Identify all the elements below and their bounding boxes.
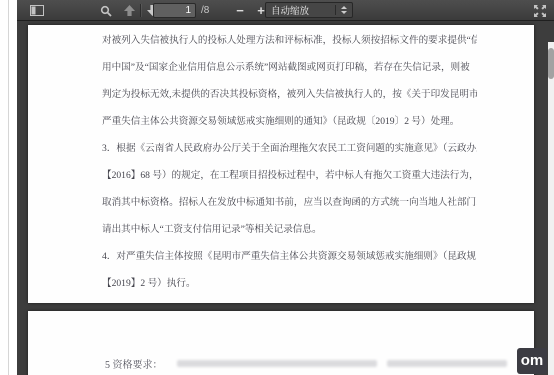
pdf-page-1: 对被列入失信被执行人的投标人处理方法和评标标准，投标人须按招标文件的要求提供“信… [28,25,534,303]
document-line: 用中国”及“国家企业信用信息公示系统”网站截图或网页打印稿，若存在失信记录，则被 [102,54,477,81]
document-line: 4．对严重失信主体按照《昆明市严重失信主体公共资源交易领域惩戒实施细则》（昆政规 [102,243,477,270]
blurred-text [177,360,377,367]
sidebar-toggle-button[interactable] [28,2,46,19]
page-number-input[interactable] [153,3,196,18]
pdf-page-2: 5 资格要求： [28,311,534,375]
previous-page-button[interactable] [120,2,138,19]
presentation-mode-button[interactable] [531,2,549,19]
zoom-out-button[interactable]: − [231,2,249,19]
document-line: 3．根据《云南省人民政府办公厅关于全面治理拖欠农民工工资问题的实施意见》（云政办… [102,135,477,162]
expand-arrows-icon [534,5,546,17]
embedding-page: /8 − + 自动缩放 [0,0,554,375]
document-line: 取消其中标资格。招标人在发放中标通知书前，应当以查询函的方式统一向当地人社部门函 [102,189,477,216]
dual-caret-icon [341,6,347,14]
search-button[interactable] [97,2,115,19]
document-line: 对被列入失信被执行人的投标人处理方法和评标标准，投标人须按招标文件的要求提供“信 [102,27,477,54]
document-line: 请出其中标人“工资支付信用记录”等相关记录信息。 [102,216,477,243]
scrollbar-track[interactable] [548,42,554,375]
zoom-level-select[interactable]: 自动缩放 [265,2,353,18]
pdf-toolbar: /8 − + 自动缩放 [17,0,554,21]
pdf-viewport[interactable]: 对被列入失信被执行人的投标人处理方法和评标标准，投标人须按招标文件的要求提供“信… [17,21,554,375]
scrollbar-thumb[interactable] [548,48,554,79]
document-line: 判定为投标无效,未提供的否决其投标资格，被列入失信被执行人的，按《关于印发昆明市 [102,81,477,108]
pdf-viewer: /8 − + 自动缩放 [17,0,554,375]
select-divider [335,5,336,15]
sidebar-panel-icon [30,5,44,16]
arrow-up-icon [124,5,135,16]
document-line: 严重失信主体公共资源交易领域惩戒实施细则的通知》（昆政规〔2019〕2 号）处理… [102,108,477,135]
document-line: 【2016】68 号）的规定，在工程项目招投标过程中，若中标人有拖欠工资重大违法… [102,162,477,189]
blurred-text [387,360,507,367]
section-heading-row: 5 资格要求： [105,356,507,371]
page-count-label: /8 [201,4,209,17]
zoom-level-value: 自动缩放 [266,3,335,17]
document-line: 【2019】2 号）执行。 [102,270,477,297]
document-text-block: 对被列入失信被执行人的投标人处理方法和评标标准，投标人须按招标文件的要求提供“信… [28,25,534,297]
section-heading: 5 资格要求： [105,356,163,371]
watermark-badge: om [517,348,547,374]
magnifier-icon [100,5,112,17]
page-border-line [8,0,9,375]
toolbar-divider [140,4,141,17]
